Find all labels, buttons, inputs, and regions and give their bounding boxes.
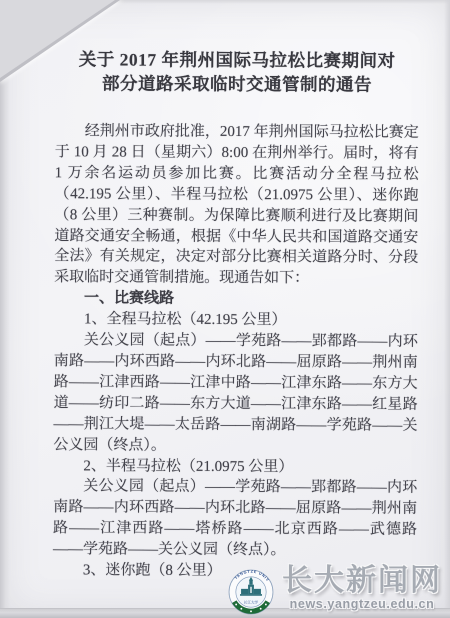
yangtze-university-logo-icon: YANGTZE UNIVERSITY 长江大学 — [228, 569, 274, 615]
document-title-line1: 关于 2017 年荆州国际马拉松比赛期间对 — [55, 47, 419, 73]
logo-cn-text: 长江大学 — [244, 600, 259, 605]
intro-paragraph: 经荆州市政府批准，2017 年荆州国际马拉松比赛定于 10 月 28 日（星期六… — [54, 121, 419, 290]
watermark-texts: 长大新闻网 news.yangtzeu.edu.cn — [276, 565, 448, 611]
scan-left-shadow — [0, 0, 10, 618]
item-1-label: 1、全程马拉松（42.195 公里） — [54, 309, 418, 331]
scanned-document-page: 关于 2017 年荆州国际马拉松比赛期间对 部分道路采取临时交通管制的通告 经荆… — [0, 0, 450, 618]
item-1-route: 关公义园（起点）——学苑路——郢都路——内环南路——内环西路——内环北路——屈原… — [53, 330, 418, 457]
site-url: news.yangtzeu.edu.cn — [276, 597, 448, 611]
news-site-watermark: YANGTZE UNIVERSITY 长江大学 — [228, 565, 448, 615]
document-body: 经荆州市政府批准，2017 年荆州国际马拉松比赛定于 10 月 28 日（星期六… — [53, 121, 419, 583]
document-title-line2: 部分道路采取临时交通管制的通告 — [55, 71, 419, 97]
section-heading: 一、比赛线路 — [54, 288, 418, 310]
item-2-route: 关公义园（起点）——学苑路——郢都路——内环南路——内环西路——内环北路——屈原… — [53, 477, 417, 562]
site-name: 长大新闻网 — [276, 565, 448, 597]
document-title: 关于 2017 年荆州国际马拉松比赛期间对 部分道路采取临时交通管制的通告 — [55, 47, 419, 97]
scan-right-shadow — [444, 0, 450, 618]
notice-document: 关于 2017 年荆州国际马拉松比赛期间对 部分道路采取临时交通管制的通告 经荆… — [53, 47, 419, 583]
item-2-label: 2、半程马拉松（21.0975 公里） — [53, 456, 417, 478]
